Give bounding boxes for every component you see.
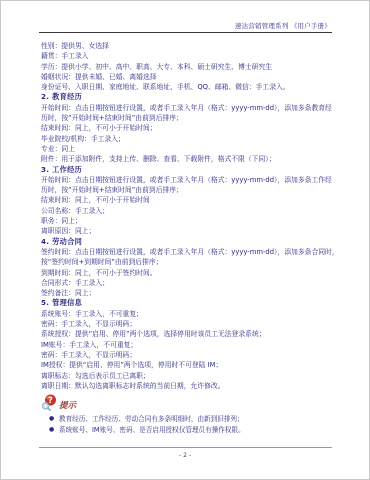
tip-header: ? 提示 (41, 393, 333, 411)
body-line: 历时，按“开始时间+结束时间”由前到后排序； (41, 113, 333, 123)
body-line: IM授权：提供“启用、停用”两个选项，停用时不可登陆 IM； (41, 360, 333, 370)
page-header-title: 速达营销管理系列 《用户手册》 (235, 21, 331, 30)
body-line: 离职标志：勾选后表示员工已离职； (41, 371, 333, 381)
section-heading-education: 2. 教育经历 (41, 92, 333, 102)
header-divider (39, 32, 332, 33)
body-line: 合同形式：手工录入； (41, 278, 333, 288)
body-line: 学历：提供小学、初中、高中、职高、大专、本科、硕士研究生、博士研究生 (41, 62, 333, 72)
section-heading-work: 3. 工作经历 (41, 165, 333, 175)
body-line: 专业：同上 (41, 144, 333, 154)
body-line: 到期时间：同上，不可小于签约时间。 (41, 268, 333, 278)
body-line: 结束时间：同上，不可小于开始时间； (41, 123, 333, 133)
body-line: 系统账号：手工录入，不可重复； (41, 309, 333, 319)
body-line: 密码：手工录入，不显示明码； (41, 350, 333, 360)
body-line: 按“签约时间+到期时间”由前到后排序； (41, 257, 333, 267)
body-line: 附件：用于添加附件，支持上传、删除、查看、下载附件，格式不限（下同）； (41, 154, 333, 164)
body-line: 开始时间：点击日期按钮进行设置，或者手工录入年月（格式：yyyy-mm-dd），… (41, 175, 333, 185)
section-heading-contract: 4. 劳动合同 (41, 237, 333, 247)
body-line: 结束时间：同上，不可小于开始时间 (41, 195, 333, 205)
question-magnifier-icon: ? (41, 394, 57, 411)
tip-item: ● 教育经历、工作经历、劳动合同有多条明细时，由新到旧排列； (59, 414, 333, 425)
tip-list: ● 教育经历、工作经历、劳动合同有多条明细时，由新到旧排列； ● 系统账号、IM… (41, 414, 333, 435)
body-line: 婚姻状况：提供未婚、已婚、离婚选择 (41, 72, 333, 82)
tip-item-text: 系统账号、IM账号、密码、是否启用授权仅管理员有操作权限。 (59, 426, 245, 434)
body-line: 签约备注：同上； (41, 288, 333, 298)
page-body: 性别：提供男、女选择 籍贯：手工录入 学历：提供小学、初中、高中、职高、大专、本… (41, 41, 333, 435)
body-line: 历时，按“开始时间+结束时间”由前到后排序； (41, 185, 333, 195)
body-line: 职务：同上； (41, 216, 333, 226)
body-line: 签约时间：点击日期按钮进行设置，或者手工录入年月（格式：yyyy-mm-dd），… (41, 247, 333, 257)
body-line: 毕业院校/机构：手工录入； (41, 134, 333, 144)
body-line: 开始时间：点击日期按钮进行设置，或者手工录入年月（格式：yyyy-mm-dd），… (41, 103, 333, 113)
body-line: 离职日期：默认勾选离职标志时系统的当前日期，允许修改。 (41, 381, 333, 391)
body-line: 公司名称：手工录入； (41, 206, 333, 216)
section-heading-management: 5. 管理信息 (41, 298, 333, 308)
tip-item: ● 系统账号、IM账号、密码、是否启用授权仅管理员有操作权限。 (59, 425, 333, 436)
body-line: 密码：手工录入，不显示明码； (41, 319, 333, 329)
page-number: - 2 - (1, 452, 369, 459)
body-line: IM账号：手工录入，不可重复； (41, 340, 333, 350)
tip-label: 提示 (59, 402, 76, 411)
bullet-icon: ● (49, 425, 54, 436)
body-line: 离职原因：同上； (41, 226, 333, 236)
footer-divider (39, 447, 332, 448)
bullet-icon: ● (49, 414, 54, 425)
body-line: 身份证号、入职日期、家庭地址、联系地址、手机、QQ、邮箱、微信：手工录入。 (41, 82, 333, 92)
body-line: 籍贯：手工录入 (41, 51, 333, 61)
manual-page: 速达营销管理系列 《用户手册》 性别：提供男、女选择 籍贯：手工录入 学历：提供… (0, 0, 370, 480)
body-line: 性别：提供男、女选择 (41, 41, 333, 51)
body-line: 系统授权：提供“启用、停用”两个选项，选择停用时该员工无法登录系统； (41, 329, 333, 339)
tip-item-text: 教育经历、工作经历、劳动合同有多条明细时，由新到旧排列； (59, 415, 244, 423)
